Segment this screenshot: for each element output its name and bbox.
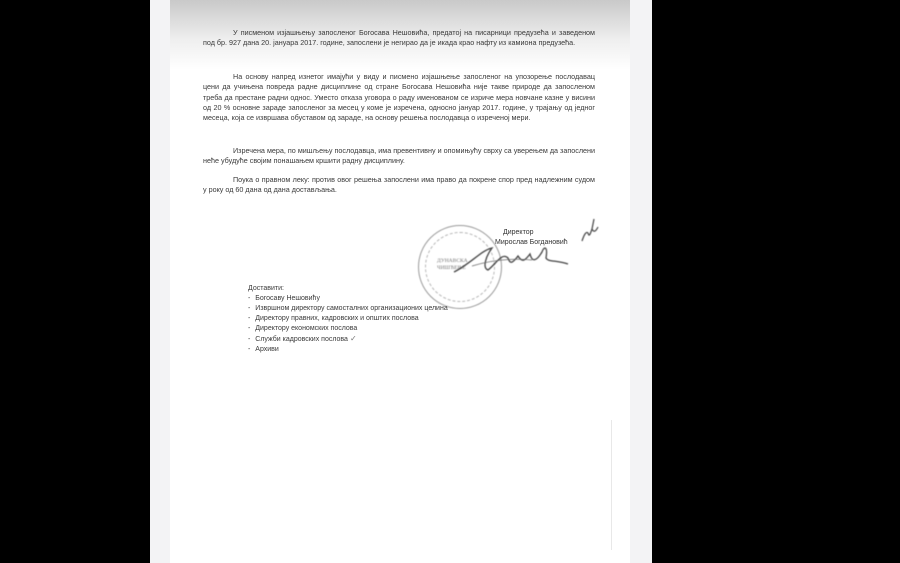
checkmark-icon: ✓ xyxy=(350,334,357,343)
signature-icon xyxy=(452,238,582,278)
recipient-text: Извршном директору самосталних организац… xyxy=(255,305,447,312)
recipient-item: Извршном директору самосталних организац… xyxy=(248,304,448,314)
recipient-item: Директору економских послова xyxy=(248,324,448,334)
scan-artifact-line xyxy=(611,420,612,550)
paragraph-text: Изречена мера, по мишљењу послодавца, им… xyxy=(203,146,595,167)
recipient-item: Архиви xyxy=(248,345,448,355)
paragraph-text: На основу напред изнетог имајући у виду … xyxy=(203,72,595,123)
recipient-text: Архиви xyxy=(255,346,279,353)
delivery-heading: Доставити: xyxy=(248,284,448,294)
document-page: У писменом изјашњењу запосленог Богосава… xyxy=(150,0,652,563)
paragraph-text: Поука о правном леку: против овог решења… xyxy=(203,175,595,196)
delivery-list: Доставити: Богосаву Нешовићу Извршном ди… xyxy=(248,284,448,355)
recipient-text: Директору економских послова xyxy=(255,325,357,332)
initials-icon xyxy=(580,215,600,245)
paragraph-purpose: Изречена мера, по мишљењу послодавца, им… xyxy=(203,146,595,167)
paragraph-legal-remedy: Поука о правном леку: против овог решења… xyxy=(203,175,595,196)
recipient-text: Богосаву Нешовићу xyxy=(255,295,320,302)
recipient-item: Богосаву Нешовићу xyxy=(248,294,448,304)
paragraph-statement: У писменом изјашњењу запосленог Богосава… xyxy=(203,28,595,49)
paragraph-decision: На основу напред изнетог имајући у виду … xyxy=(203,72,595,123)
document-sheet: У писменом изјашњењу запосленог Богосава… xyxy=(170,0,630,563)
recipient-text: Директору правних, кадровских и општих п… xyxy=(255,315,418,322)
recipient-item: Директору правних, кадровских и општих п… xyxy=(248,314,448,324)
paragraph-text: У писменом изјашњењу запосленог Богосава… xyxy=(203,28,595,49)
recipient-item: Служби кадровских послова✓ xyxy=(248,334,448,345)
signatory-title: Директор xyxy=(495,228,568,238)
recipient-text: Служби кадровских послова xyxy=(255,336,348,343)
